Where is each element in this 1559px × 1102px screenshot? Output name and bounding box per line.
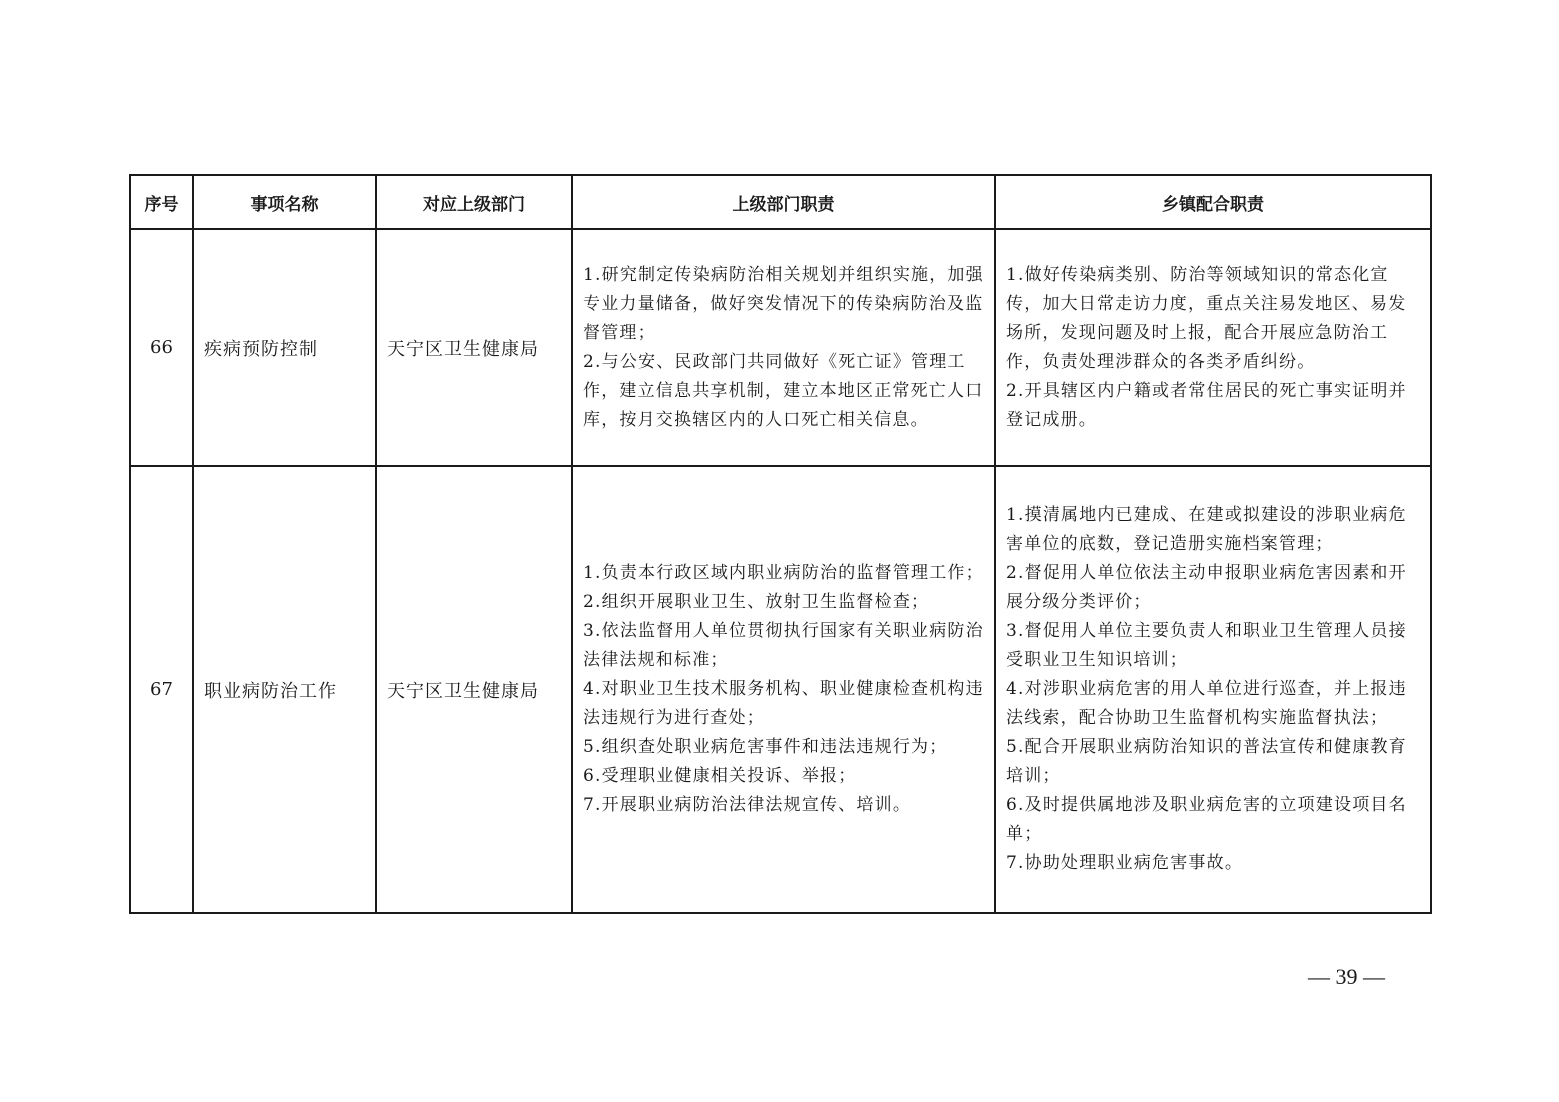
header-upper-duties: 上级部门职责 [572, 175, 995, 229]
serial-number: 67 [130, 466, 193, 913]
duty-item: 7.开展职业病防治法律法规宣传、培训。 [583, 791, 986, 820]
town-duties-cell: 1.做好传染病类别、防治等领域知识的常态化宣传，加大日常走访力度，重点关注易发地… [995, 229, 1431, 466]
duty-item: 2.督促用人单位依法主动申报职业病危害因素和开展分级分类评价； [1006, 559, 1422, 617]
duty-item: 2.与公安、民政部门共同做好《死亡证》管理工作，建立信息共享机制，建立本地区正常… [583, 348, 986, 435]
duty-item: 5.组织查处职业病危害事件和违法违规行为； [583, 733, 986, 762]
duty-item: 2.开具辖区内户籍或者常住居民的死亡事实证明并登记成册。 [1006, 377, 1422, 435]
duty-item: 6.及时提供属地涉及职业病危害的立项建设项目名单； [1006, 791, 1422, 849]
duty-item: 1.负责本行政区域内职业病防治的监督管理工作； [583, 559, 986, 588]
duty-item: 3.依法监督用人单位贯彻执行国家有关职业病防治法律法规和标准； [583, 617, 986, 675]
upper-department: 天宁区卫生健康局 [376, 466, 572, 913]
header-upper-department: 对应上级部门 [376, 175, 572, 229]
page-number: — 39 — [1308, 964, 1385, 990]
upper-department: 天宁区卫生健康局 [376, 229, 572, 466]
upper-duties-cell: 1.负责本行政区域内职业病防治的监督管理工作； 2.组织开展职业卫生、放射卫生监… [572, 466, 995, 913]
town-duties-cell: 1.摸清属地内已建成、在建或拟建设的涉职业病危害单位的底数，登记造册实施档案管理… [995, 466, 1431, 913]
item-name: 职业病防治工作 [193, 466, 376, 913]
upper-duties-cell: 1.研究制定传染病防治相关规划并组织实施，加强专业力量储备，做好突发情况下的传染… [572, 229, 995, 466]
duties-table: 序号 事项名称 对应上级部门 上级部门职责 乡镇配合职责 66 疾病预防控制 天… [129, 174, 1432, 914]
header-item-name: 事项名称 [193, 175, 376, 229]
duty-item: 2.组织开展职业卫生、放射卫生监督检查； [583, 588, 986, 617]
duty-item: 7.协助处理职业病危害事故。 [1006, 849, 1422, 878]
table-header-row: 序号 事项名称 对应上级部门 上级部门职责 乡镇配合职责 [130, 175, 1431, 229]
table-row: 67 职业病防治工作 天宁区卫生健康局 1.负责本行政区域内职业病防治的监督管理… [130, 466, 1431, 913]
duty-item: 4.对涉职业病危害的用人单位进行巡查，并上报违法线索，配合协助卫生监督机构实施监… [1006, 675, 1422, 733]
header-serial-number: 序号 [130, 175, 193, 229]
duty-item: 1.摸清属地内已建成、在建或拟建设的涉职业病危害单位的底数，登记造册实施档案管理… [1006, 501, 1422, 559]
duty-item: 1.做好传染病类别、防治等领域知识的常态化宣传，加大日常走访力度，重点关注易发地… [1006, 261, 1422, 377]
duty-item: 1.研究制定传染病防治相关规划并组织实施，加强专业力量储备，做好突发情况下的传染… [583, 261, 986, 348]
duty-item: 6.受理职业健康相关投诉、举报； [583, 762, 986, 791]
table-row: 66 疾病预防控制 天宁区卫生健康局 1.研究制定传染病防治相关规划并组织实施，… [130, 229, 1431, 466]
item-name: 疾病预防控制 [193, 229, 376, 466]
duty-item: 5.配合开展职业病防治知识的普法宣传和健康教育培训； [1006, 733, 1422, 791]
duty-item: 3.督促用人单位主要负责人和职业卫生管理人员接受职业卫生知识培训； [1006, 617, 1422, 675]
serial-number: 66 [130, 229, 193, 466]
duty-item: 4.对职业卫生技术服务机构、职业健康检查机构违法违规行为进行查处； [583, 675, 986, 733]
header-town-duties: 乡镇配合职责 [995, 175, 1431, 229]
